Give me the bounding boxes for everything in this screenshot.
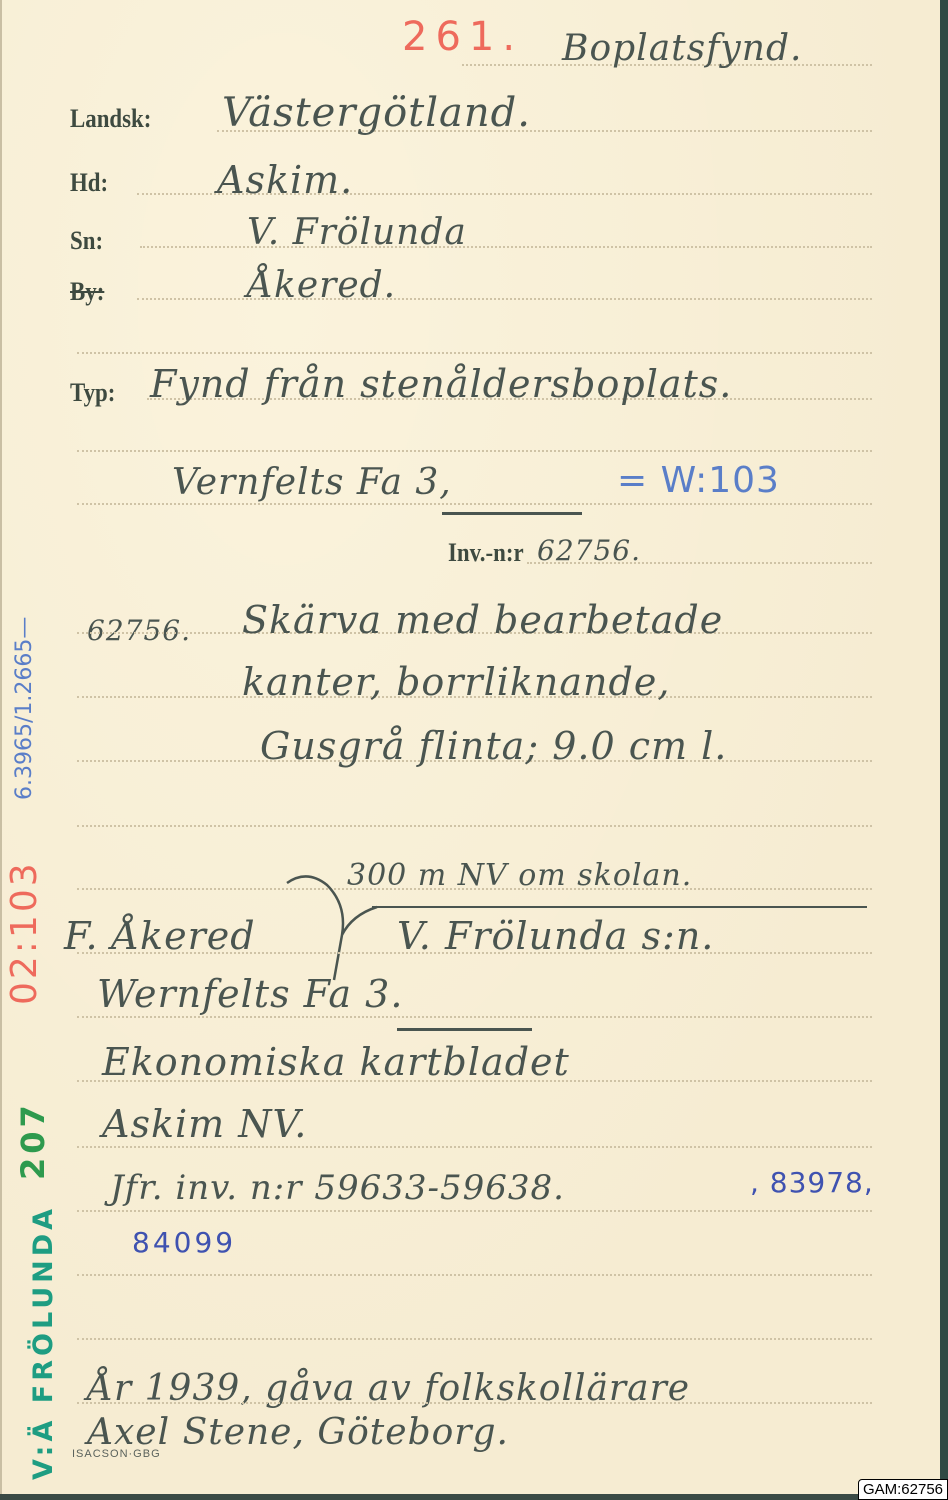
location-line-4: Askim NV.: [102, 1102, 307, 1146]
catalog-card: 261. Boplatsfynd. Landsk: Västergötland.…: [0, 0, 942, 1494]
item-line-1: Skärva med bearbetade: [242, 598, 723, 642]
sn-value: V. Frölunda: [247, 212, 467, 253]
location-stamp: V:Ä FRÖLUNDA: [28, 1205, 59, 1480]
catalog-id-tag: GAM:62756: [858, 1479, 948, 1500]
landsk-value: Västergötland.: [222, 90, 531, 136]
item-line-2: kanter, borrliknande,: [242, 660, 670, 704]
dotted-line: [77, 450, 872, 452]
typ-label: Typ:: [70, 378, 115, 408]
insert-rule: [372, 906, 867, 908]
insert-caret-icon: [282, 875, 382, 985]
typ-value: Fynd från stenåldersboplats.: [150, 362, 732, 406]
item-number: 62756.: [87, 614, 191, 647]
card-edge: [940, 0, 948, 1500]
location-line-5: Jfr. inv. n:r 59633-59638.: [110, 1168, 565, 1208]
margin-green-number: 207: [14, 1101, 52, 1180]
dotted-line: [77, 1402, 872, 1404]
dotted-line: [77, 352, 872, 354]
dotted-line: [77, 825, 872, 827]
item-line-3: Gusgrå flinta; 9.0 cm l.: [260, 724, 727, 768]
margin-blue-reference: 6.3965/1.2665—: [12, 617, 37, 800]
by-value: Åkered.: [247, 265, 396, 306]
dotted-line: [77, 1016, 872, 1018]
margin-red-reference: 02:103: [4, 860, 45, 1005]
dotted-line: [77, 503, 872, 505]
vernfelts-blue-ref: = W:103: [617, 460, 780, 501]
location-line-5-blue: , 83978,: [750, 1166, 874, 1199]
location-line-3: Ekonomiska kartbladet: [102, 1040, 570, 1084]
landsk-label: Landsk:: [70, 104, 151, 134]
dotted-line: [77, 1080, 872, 1082]
card-edge-bottom: [0, 1494, 948, 1500]
fa3-underline: [397, 1028, 532, 1031]
provenance-line-2: Axel Stene, Göteborg.: [87, 1412, 509, 1453]
inv-label: Inv.-n:r: [448, 538, 524, 568]
vernfelts-underline: [442, 512, 582, 515]
dotted-line: [77, 888, 872, 890]
vernfelts-reference: Vernfelts Fa 3,: [172, 462, 452, 503]
hd-value: Askim.: [217, 158, 353, 202]
dotted-line: [77, 1210, 872, 1212]
inv-value: 62756.: [537, 534, 641, 567]
category-text: Boplatsfynd.: [562, 28, 802, 69]
card-number: 261.: [402, 14, 523, 60]
location-line-6-blue: 84099: [132, 1226, 236, 1259]
dotted-line: [77, 1338, 872, 1340]
dotted-line: [77, 952, 872, 954]
dotted-line: [77, 1146, 872, 1148]
sn-label: Sn:: [70, 226, 103, 256]
printer-mark: ISACSON·GBG: [72, 1448, 161, 1460]
hd-label: Hd:: [70, 168, 108, 198]
dotted-line: [77, 1274, 872, 1276]
location-line-2: Wernfelts Fa 3.: [97, 972, 403, 1016]
by-label: By:: [70, 277, 104, 307]
